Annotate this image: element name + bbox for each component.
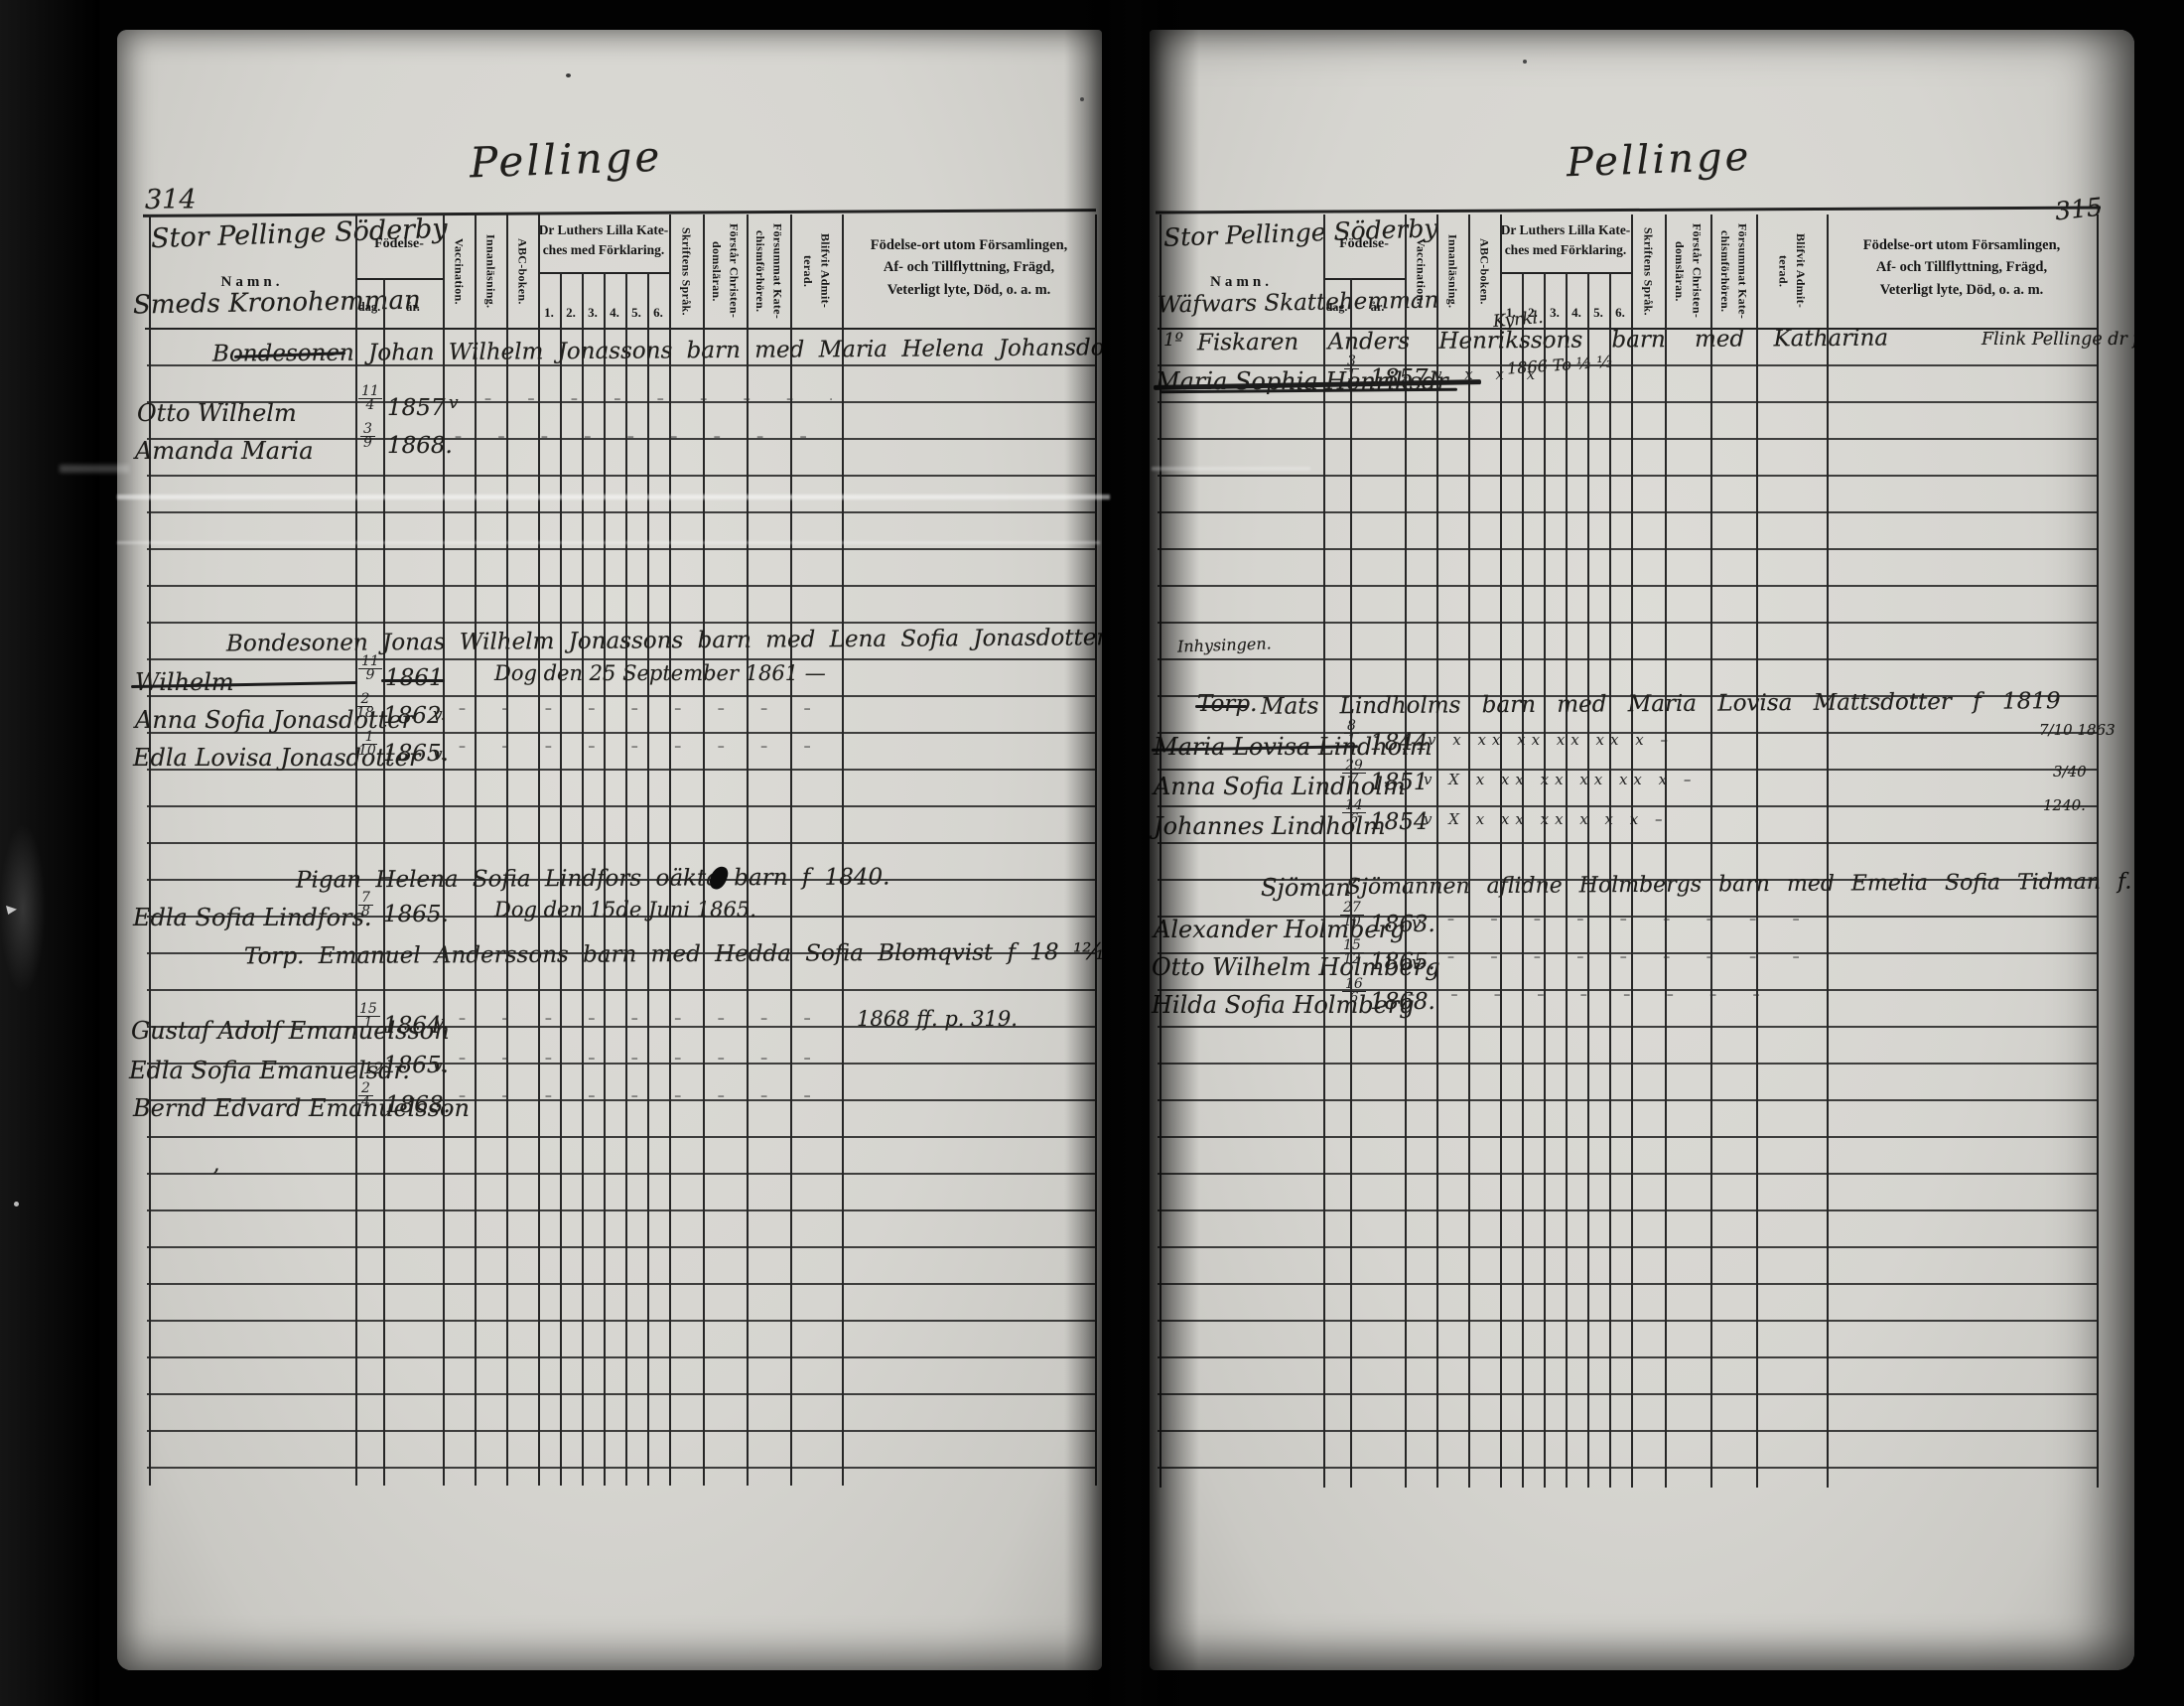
catechism-marks: v X x xx xx xx xx x – <box>1424 771 1697 788</box>
birth-year: 1868. <box>385 1092 451 1118</box>
table-top-border <box>1156 207 2101 214</box>
birth-day-fraction: 146 <box>1342 799 1366 826</box>
running-title: Pellinge <box>469 132 663 188</box>
row-rules <box>1158 330 2099 1490</box>
child-name: Amanda Maria <box>135 437 314 465</box>
catechism-col-3: 3. <box>1544 280 1566 326</box>
birth-day-fraction: 114 <box>358 385 382 412</box>
vaccination-mark: v <box>435 1013 445 1033</box>
birth-day-fraction: 297 <box>1342 760 1366 786</box>
catechism-col-3: 3. <box>582 280 604 326</box>
col-header-catechism: Dr Luthers Lilla Kate-ches med Förklarin… <box>1500 220 1631 259</box>
day-denominator: 9 <box>365 669 374 682</box>
day-denominator: 12 <box>1343 953 1361 966</box>
day-denominator: 4 <box>361 1096 370 1109</box>
child-name: Otto Wilhelm <box>137 399 297 427</box>
family-span-lead: Torp. <box>1197 691 1257 717</box>
occupation-entry: Sjöman’ <box>1261 874 1358 902</box>
col-header-admitted: Blifvit Admit- terad. <box>1756 214 1827 328</box>
col-header-birth: Födelse- <box>1323 236 1405 252</box>
catechism-col-4: 4. <box>604 280 625 326</box>
column-line <box>1405 214 1407 1488</box>
birth-split-line <box>1323 278 1405 280</box>
child-name: Edla Sofia Lindfors. <box>133 904 372 931</box>
vaccination-mark: v. <box>1412 953 1425 973</box>
birth-year: 1851 <box>1370 770 1429 795</box>
vaccination-mark: v. <box>433 705 446 725</box>
margin-annotation: Inhysingen. <box>1177 634 1272 655</box>
birth-day-fraction: 119 <box>358 655 382 682</box>
col-header-scripture: Skriftens Språk. <box>669 214 703 328</box>
abc-label: ABC-boken. <box>1475 238 1492 305</box>
birth-year: 1854 <box>1370 809 1429 835</box>
column-line <box>1756 214 1758 1488</box>
birth-year: 1857 <box>387 395 446 421</box>
catechism-line2: ches med Förklaring. <box>1505 242 1627 257</box>
strike-mark <box>1195 705 1247 708</box>
column-line <box>1631 214 1633 1488</box>
missed-label: Försummat Kate- chismförhören. <box>751 217 786 325</box>
catechism-marks: v X x xx xx x x x – <box>1424 810 1668 828</box>
day-denominator: 8 <box>361 906 370 919</box>
col-header-vaccination: Vaccination. <box>1405 214 1436 328</box>
reference-note: 1868 ff. p. 319. <box>857 1007 1018 1031</box>
birth-year: 1863. <box>1370 912 1435 937</box>
remarks-line2: Af- och Tillflyttning, Frägd, <box>1876 259 2047 275</box>
column-line <box>2097 214 2099 1488</box>
vaccination-mark: v <box>449 393 459 413</box>
vaccination-mark: v <box>1412 914 1422 933</box>
remark-note: Flink Pellinge dr f 1812 <box>1981 330 2134 350</box>
day-denominator: 4 <box>365 399 374 412</box>
catechism-line1: Dr Luthers Lilla Kate- <box>1501 222 1631 237</box>
column-line <box>1827 214 1829 1488</box>
remarks-line3: Veterligt lyte, Död, o. a. m. <box>1880 282 2044 298</box>
right-page: 315 Pellinge Namn. Stor Pellinge Söderby… <box>1150 30 2134 1670</box>
column-line <box>475 214 477 1486</box>
vaccination-mark: v. <box>433 745 446 765</box>
catechism-marks: v x xx xx xx xx x – <box>1428 731 1674 749</box>
empty-cell-dashes: – – – – – – – – – – – – – <box>459 739 846 755</box>
birth-day-fraction: 1512 <box>1340 939 1364 966</box>
col-header-remarks: Födelse-ort utom Församlingen,Af- och Ti… <box>1831 234 2093 301</box>
empty-cell-dashes: – – – – – – – – – – – – – <box>459 1051 846 1066</box>
remarks-line3: Veterligt lyte, Död, o. a. m. <box>887 282 1051 298</box>
birth-year: 1861 <box>385 665 444 691</box>
remark-note: 3/40 <box>2053 763 2087 781</box>
remarks-line2: Af- och Tillflyttning, Frägd, <box>884 259 1054 275</box>
column-line <box>1500 214 1502 1488</box>
col-header-abc: ABC-boken. <box>1468 214 1500 328</box>
column-line <box>1436 214 1438 1488</box>
col-header-catechism: Dr Luthers Lilla Kate-ches med Förklarin… <box>538 220 669 259</box>
col-header-day: dag. <box>1323 300 1350 315</box>
vaccination-mark: v. <box>433 1057 446 1076</box>
family-span-entry: Fiskaren Anders Henrikssons barn med Kat… <box>1197 326 1888 356</box>
col-header-missed: Försummat Kate- chismförhören. <box>747 214 790 328</box>
col-header-reading: Innanläsning. <box>1436 214 1468 328</box>
catechism-line2: ches med Förklaring. <box>543 242 665 257</box>
child-name: Alexander Holmberg <box>1154 916 1405 943</box>
remarks-line1: Födelse-ort utom Församlingen, <box>1863 237 2061 253</box>
column-line <box>842 214 844 1486</box>
day-denominator: 1 <box>1347 734 1356 747</box>
empty-cell-dashes: – – – – – – – – – – – – – <box>1408 987 1795 1003</box>
birth-year: 1865. <box>1370 949 1435 975</box>
strike-mark <box>381 679 445 682</box>
birth-day-fraction: 151 <box>356 1003 380 1030</box>
column-line <box>1160 214 1161 1488</box>
day-denominator: 1 <box>363 1017 372 1030</box>
col-header-understands: Förstår Christen- domsläran. <box>1665 214 1710 328</box>
col-header-birth: Födelse- <box>355 236 443 252</box>
birth-day-fraction: 2710 <box>1340 902 1364 928</box>
empty-cell-dashes: – – – – – – – – – – – – – <box>1447 949 1835 965</box>
family-span-entry: Pigan Helena Sofia Lindfors oäkta barn f… <box>296 864 890 893</box>
catechism-col-5: 5. <box>625 280 647 326</box>
column-line <box>1323 214 1325 1488</box>
empty-cell-dashes: – – – – – – – – – – – – – <box>484 391 832 407</box>
col-header-year: år. <box>383 300 443 315</box>
col-header-abc: ABC-boken. <box>506 214 538 328</box>
reading-label: Innanläsning. <box>481 234 498 308</box>
col-header-day: dag. <box>355 300 383 315</box>
col-header-vaccination: Vaccination. <box>443 214 475 328</box>
catechism-col-5: 5. <box>1587 280 1609 326</box>
day-denominator: 6 <box>1349 813 1358 826</box>
empty-cell-dashes: – – – – – – – – – – – – – <box>459 701 846 717</box>
birth-year: 1868. <box>387 433 453 459</box>
day-denominator: 10. <box>358 745 380 758</box>
child-name: Wilhelm <box>135 668 234 696</box>
birth-year: 1857 <box>1370 365 1429 391</box>
col-header-name: Namn. <box>1160 274 1323 291</box>
catechism-col-2: 2. <box>560 280 582 326</box>
col-header-understands: Förstår Christen- domsläran. <box>703 214 747 328</box>
book-left-edge-shadow <box>0 0 99 1706</box>
family-span-entry: Torp. Emanuel Anderssons barn med Hedda … <box>244 939 1102 970</box>
day-denominator: 9 <box>363 437 372 450</box>
day-denominator: 1 <box>1347 369 1356 382</box>
birth-day-fraction: 218 <box>356 693 374 720</box>
understands-label: Förstår Christen- domsläran. <box>1671 217 1706 325</box>
child-name: Anna Sofia Lindholm <box>1154 773 1406 800</box>
col-header-reading: Innanläsning. <box>475 214 506 328</box>
remarks-line1: Födelse-ort utom Församlingen, <box>871 237 1068 253</box>
birth-day-fraction: 166 <box>1342 978 1366 1005</box>
birth-day-fraction: 24 <box>358 1082 373 1109</box>
col-header-year: år. <box>1350 300 1405 315</box>
col-header-remarks: Födelse-ort utom Församlingen,Af- och Ti… <box>846 234 1092 301</box>
death-note: Dog den 15de Juni 1865. <box>494 898 756 922</box>
day-denominator: 10 <box>1343 916 1361 928</box>
birth-day-fraction: 110. <box>358 731 380 758</box>
col-header-missed: Försummat Kate- chismförhören. <box>1710 214 1756 328</box>
remark-note: 7/10 1863 <box>2039 721 2116 739</box>
scripture-label: Skriftens Språk. <box>1639 227 1656 316</box>
column-line <box>1665 214 1667 1488</box>
running-title: Pellinge <box>1566 134 1752 186</box>
birth-day-fraction: 31 <box>1344 355 1359 382</box>
missed-label: Försummat Kate- chismförhören. <box>1716 217 1751 325</box>
catechism-col-4: 4. <box>1566 280 1587 326</box>
empty-cell-dashes: – – – – – – – – – – – – – <box>459 1088 846 1104</box>
abc-label: ABC-boken. <box>513 238 530 305</box>
understands-label: Förstår Christen- domsläran. <box>708 217 743 325</box>
scripture-label: Skriftens Språk. <box>677 227 694 316</box>
scanned-book-spread: 314 Pellinge Namn. Stor Pellinge Söderby… <box>0 0 2184 1706</box>
entry-index: 1º <box>1163 330 1183 351</box>
reading-label: Innanläsning. <box>1443 234 1460 308</box>
birth-year: 1865. <box>383 902 449 927</box>
column-line <box>1095 214 1097 1486</box>
empty-cell-dashes: – – – – – – – – – – – – – <box>455 429 842 445</box>
admitted-label: Blifvit Admit- terad. <box>799 217 834 325</box>
column-line <box>1468 214 1470 1488</box>
empty-cell-dashes: – – – – – – – – – – – – – <box>1447 912 1835 927</box>
vaccination-label: Vaccination. <box>1412 238 1429 305</box>
stray-pen-tick: ’ <box>212 1166 219 1191</box>
col-header-scripture: Skriftens Språk. <box>1631 214 1665 328</box>
column-line <box>355 214 357 1486</box>
birth-day: 12 <box>363 1059 383 1077</box>
catechism-line1: Dr Luthers Lilla Kate- <box>539 222 669 237</box>
catechism-col-6: 6. <box>1609 280 1631 326</box>
table-top-border <box>143 209 1096 217</box>
column-line <box>1710 214 1712 1488</box>
day-denominator: 6 <box>1349 992 1358 1005</box>
birth-day-fraction: 78 <box>358 892 373 919</box>
admitted-label: Blifvit Admit- terad. <box>1774 217 1809 325</box>
day-denominator: 7 <box>1349 774 1358 786</box>
death-note: Dog den 25 September 1861 — <box>494 661 826 685</box>
day-denominator: 18 <box>356 707 374 720</box>
catechism-col-6: 6. <box>647 280 669 326</box>
col-header-admitted: Blifvit Admit- terad. <box>790 214 842 328</box>
catechism-col-1: 1. <box>538 280 560 326</box>
remark-note: 1240. <box>2043 796 2086 814</box>
vaccination-label: Vaccination. <box>450 238 467 305</box>
birth-year: 1844 <box>1370 730 1429 756</box>
left-page: 314 Pellinge Namn. Stor Pellinge Söderby… <box>117 30 1102 1670</box>
birth-day-fraction: 81 <box>1344 720 1359 747</box>
birth-split-line <box>355 278 443 280</box>
empty-cell-dashes: – – – – – – – – – – – – – <box>459 1011 846 1027</box>
birth-day-fraction: 39 <box>360 423 375 450</box>
page-number: 314 <box>145 185 197 215</box>
